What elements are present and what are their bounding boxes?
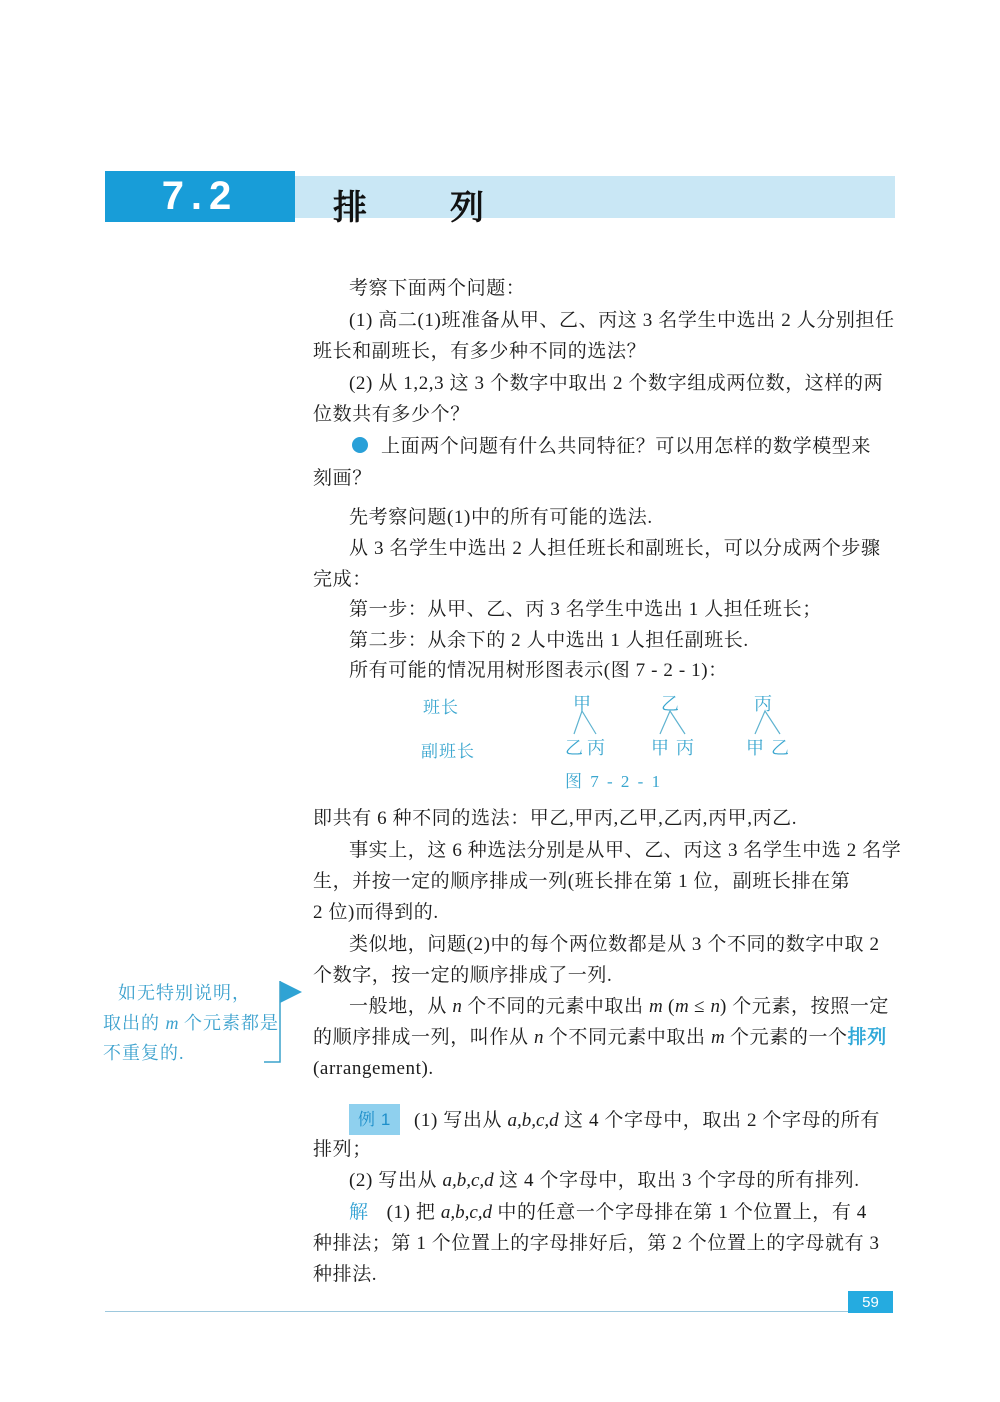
example-1-line-1: 例 1(1) 写出从 a,b,c,d 这 4 个字母中，取出 2 个字母的所有 (349, 1104, 880, 1135)
definition-text: ) 个元素，按照一定 (720, 996, 889, 1017)
section-number: 7.2 (162, 174, 239, 219)
leq-symbol: ≤ (689, 996, 711, 1017)
solve-label: 解 (349, 1202, 369, 1223)
definition-line-3: (arrangement). (313, 1056, 434, 1082)
tree3-child-1: 甲 (746, 734, 764, 760)
problem-1-line-1: (1) 高二(1)班准备从甲、乙、丙这 3 名学生中选出 2 人分别担任 (349, 308, 895, 334)
problem-1-line-2: 班长和副班长，有多少种不同的选法？ (313, 339, 646, 365)
math-m: m (711, 1027, 725, 1048)
definition-line-1: 一般地，从 n 个不同的元素中取出 m (m ≤ n) 个元素，按照一定 (349, 994, 889, 1020)
tree-row1-label: 班长 (423, 693, 459, 718)
similar-line-2: 个数字，按一定的顺序排成了一列. (313, 963, 612, 989)
footer-rule (105, 1311, 849, 1312)
question-text: 上面两个问题有什么共同特征？可以用怎样的数学模型来 (381, 436, 871, 457)
tree1-child-1: 乙 (565, 734, 583, 760)
definition-text: 个不同的元素中取出 (462, 996, 649, 1017)
math-n: n (710, 996, 720, 1017)
margin-flag-icon (256, 978, 308, 1070)
tree2-child-1: 甲 (651, 734, 669, 760)
margin-note-line-2: 取出的 m 个元素都是 (103, 1011, 279, 1035)
tree-row2-label: 副班长 (421, 737, 475, 762)
paragraph-intro: 考察下面两个问题： (349, 276, 525, 302)
bullet-icon (352, 437, 368, 453)
tree-intro-line: 所有可能的情况用树形图表示(图 7 - 2 - 1)： (349, 658, 728, 684)
section-title-char-2: 列 (450, 180, 484, 229)
definition-text: 的顺序排成一列，叫作从 (313, 1027, 534, 1048)
margin-note-text: 取出的 (103, 1013, 166, 1033)
example-badge: 例 1 (349, 1104, 400, 1135)
margin-note-line-1: 如无特别说明， (118, 981, 251, 1005)
solution-text: 中的任意一个字母排在第 1 个位置上，有 4 (492, 1202, 867, 1223)
fact-line-1: 事实上，这 6 种选法分别是从甲、乙、丙这 3 名学生中选 2 名学 (349, 838, 901, 864)
tree2-child-2: 丙 (676, 734, 694, 760)
term-permutation: 排列 (848, 1027, 887, 1048)
figure-caption: 图 7 - 2 - 1 (565, 767, 662, 792)
step-1-line: 第一步：从甲、乙、丙 3 名学生中选出 1 人担任班长； (349, 597, 822, 623)
analysis-line-2: 从 3 名学生中选出 2 人担任班长和副班长，可以分成两个步骤 (349, 536, 881, 562)
math-abcd: a,b,c,d (441, 1202, 492, 1223)
example-text: 这 4 个字母中，取出 3 个字母的所有排列. (494, 1170, 860, 1191)
math-m: m (675, 996, 689, 1017)
problem-2-line-2: 位数共有多少个？ (313, 402, 470, 428)
page-number-badge: 59 (848, 1291, 893, 1313)
definition-text: 个不同元素中取出 (543, 1027, 711, 1048)
margin-note-line-3: 不重复的. (103, 1041, 185, 1065)
example-text: 这 4 个字母中，取出 2 个字母的所有 (559, 1110, 880, 1131)
math-m: m (649, 996, 663, 1017)
question-line-1: 上面两个问题有什么共同特征？可以用怎样的数学模型来 (352, 434, 871, 460)
section-title-char-1: 排 (333, 180, 367, 229)
analysis-line-1: 先考察问题(1)中的所有可能的选法. (349, 505, 653, 531)
fact-line-3: 2 位)而得到的. (313, 900, 439, 926)
solution-line-2: 种排法；第 1 个位置上的字母排好后，第 2 个位置上的字母就有 3 (313, 1231, 880, 1257)
analysis-line-3: 完成： (313, 567, 372, 593)
step-2-line: 第二步：从余下的 2 人中选出 1 人担任副班长. (349, 628, 749, 654)
definition-text: ( (663, 996, 675, 1017)
solution-text: (1) 把 (387, 1202, 441, 1223)
question-line-2: 刻画？ (313, 466, 372, 492)
similar-line-1: 类似地，问题(2)中的每个两位数都是从 3 个不同的数字中取 2 (349, 932, 880, 958)
definition-line-2: 的顺序排成一列，叫作从 n 个不同元素中取出 m 个元素的一个排列 (313, 1025, 887, 1051)
tree3-child-2: 乙 (771, 734, 789, 760)
math-n: n (452, 996, 462, 1017)
solution-line-1: 解(1) 把 a,b,c,d 中的任意一个字母排在第 1 个位置上，有 4 (349, 1200, 867, 1226)
tree1-child-2: 丙 (587, 734, 605, 760)
page-number: 59 (862, 1294, 879, 1311)
example-text: (2) 写出从 (349, 1170, 442, 1191)
definition-text: 一般地，从 (349, 996, 452, 1017)
tree-branches-graphic (555, 708, 795, 736)
example-1-line-3: (2) 写出从 a,b,c,d 这 4 个字母中，取出 3 个字母的所有排列. (349, 1168, 860, 1194)
definition-text: 个元素的一个 (725, 1027, 848, 1048)
result-line: 即共有 6 种不同的选法：甲乙,甲丙,乙甲,乙丙,丙甲,丙乙. (313, 806, 797, 832)
math-abcd: a,b,c,d (507, 1110, 558, 1131)
fact-line-2: 生，并按一定的顺序排成一列(班长排在第 1 位，副班长排在第 (313, 869, 850, 895)
solution-line-3: 种排法. (313, 1262, 377, 1288)
section-number-box: 7.2 (105, 171, 295, 222)
problem-2-line-1: (2) 从 1,2,3 这 3 个数字中取出 2 个数字组成两位数，这样的两 (349, 371, 883, 397)
math-abcd: a,b,c,d (442, 1170, 493, 1191)
math-m: m (166, 1013, 179, 1033)
example-text: (1) 写出从 (414, 1110, 507, 1131)
example-1-line-2: 排列； (313, 1137, 372, 1163)
